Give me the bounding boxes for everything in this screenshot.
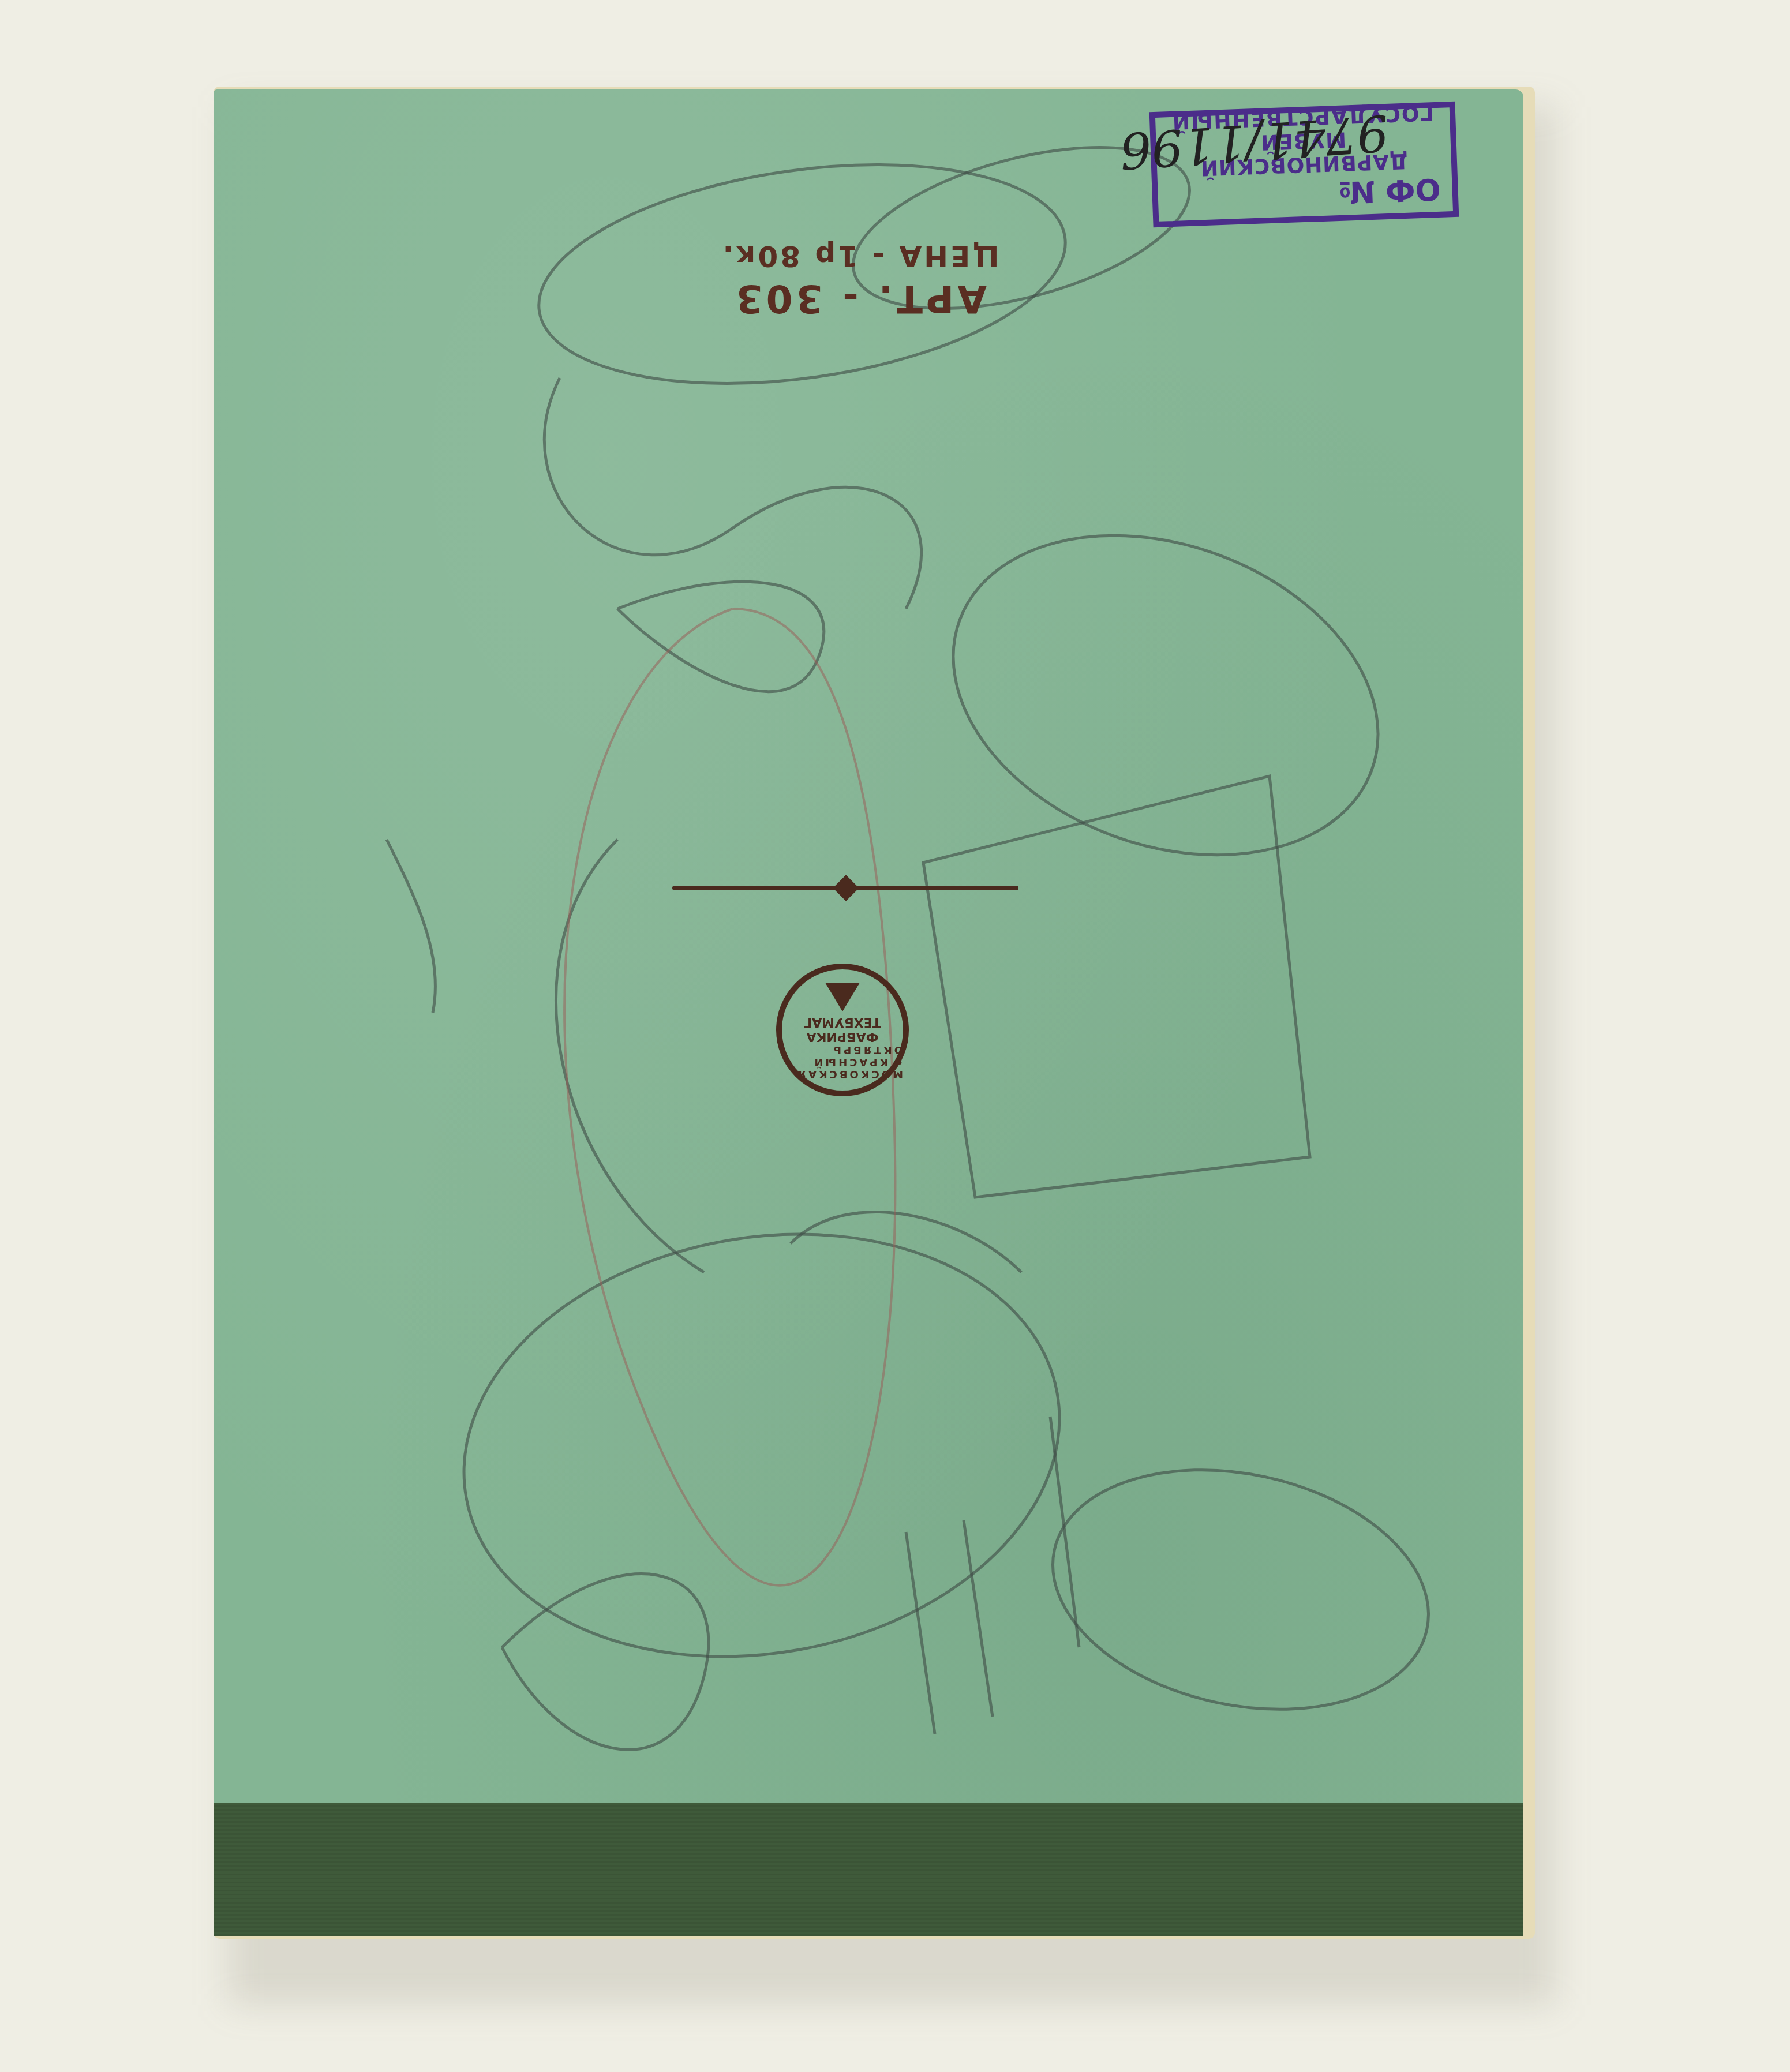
logo-triangle-icon xyxy=(825,983,860,1012)
manufacturer-logo: МОСКОВСКАЯ • КРАСНЫЙ ОКТЯБРЬ ФАБРИКА ТЕХ… xyxy=(776,964,909,1096)
ornamental-rule xyxy=(672,886,1018,890)
logo-ring-text: МОСКОВСКАЯ • КРАСНЫЙ ОКТЯБРЬ xyxy=(782,1044,903,1081)
price-text: ЦЕНА - 1р 80к. xyxy=(710,239,1010,273)
cloth-spine-tape xyxy=(214,1803,1523,1936)
notebook-cover: ОФ № ДАРВИНОВСКИЙ МУЗЕЙ ГОСУДАРСТВЕННЫЙ … xyxy=(214,89,1523,1936)
logo-center-line-1: ФАБРИКА xyxy=(806,1030,878,1044)
article-number: АРТ. - 303 xyxy=(710,276,1010,321)
logo-center-line-2: ТЕХБУМАГ xyxy=(804,1016,881,1030)
price-stamp: АРТ. - 303 ЦЕНА - 1р 80к. xyxy=(710,239,1010,321)
